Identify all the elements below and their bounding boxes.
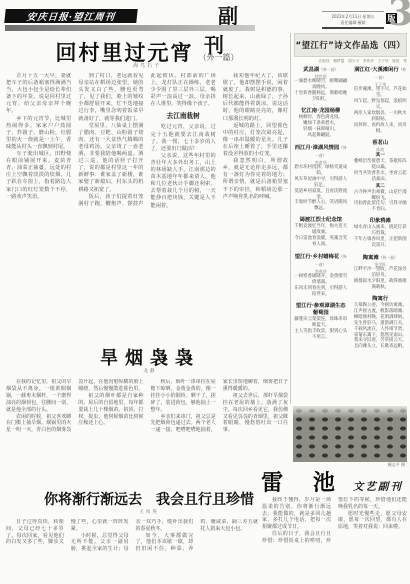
date-line: 2022年2月11日 星期五 — [322, 14, 384, 20]
body-paragraph: 父亲说，这些年村里的青壮年大多外出务工，山上的林场缺人手，江南那边的苗木基地年年… — [151, 153, 216, 210]
poem-line: 江畔平沙一望收，芦花深处泊轻舟。 — [354, 267, 408, 279]
poem-line: 鸥群掠水夕阳里，载得渔歌满载秋。 — [354, 279, 408, 291]
page-number: 3 — [388, 0, 410, 34]
poem-meta: （外一首） — [315, 254, 347, 267]
poem-line: 风乍起、野凫惊起，浪痕明灭。 — [354, 99, 408, 111]
body-paragraph: 在我的记忆里，祖父的旱烟袋从不离身。一根黄铜烟锅，一截枣木烟杆，一个磨得油亮的烟… — [6, 379, 71, 414]
poem-line: 莫道乡居寂寞，且看沃野流金。 — [294, 189, 348, 201]
body-paragraph: 我忽然明白，所谓故乡，就是无论你走多远，都有一盏灯为你亮着的地方；所谓亲情，就是… — [223, 158, 288, 201]
poem-meta: （外一首） — [375, 67, 407, 80]
body-paragraph: 到了村口，老远就看见母亲站在稻场边张望。她的头发又白了些，腰也更弯了，见了我们，… — [78, 73, 143, 123]
poem-title: 望江行·参观漳湖生态葡萄园 — [294, 303, 348, 317]
body-paragraph: 正月十五一大早，妻就把车子的后备箱塞得满满当当，大包小包全是给长辈们备下的年货，… — [6, 73, 71, 116]
body-paragraph: 祖父去世后，那杆旱烟袋挂在老屋的墙上，落满了灰尘。每次回乡看见它，我仿佛又看见袅… — [223, 393, 288, 434]
poem-block: 满江红·大溪滩闲行（外一首）王子华信步溪滩，望不尽、芦花如雪。风乍起、野凫惊起，… — [354, 66, 408, 135]
poem-block: 谒渡江烈士纪念馆千帆竞渡忆当年，炮火连天破敌顽。今日雷池春浪暖，英魂含笑看人间。 — [294, 217, 348, 248]
poem-line: 绿水青山入画来，挑花灯彩巧剪裁。 — [354, 225, 408, 237]
poem-line: 叠嶂层峦接碧天，茶歌阵阵绕山巅。 — [354, 159, 408, 171]
poem-line: 千帆竞渡忆当年，炮火连天破敌顽。 — [294, 224, 348, 236]
middle-article-author: 龙静 — [60, 368, 240, 374]
poem-line: 千载风流在，人怀靖节贤。 — [354, 327, 408, 333]
poem-block: 陶寓滩（外一首）金学旺江畔平沙一望收，芦花深处泊轻舟。鸥群掠水夕阳里，载得渔歌满… — [354, 254, 408, 291]
poetry-contributors: 汪艳枝 檀梦霞 胡少平 李育华 王子华 陈波 等 — [294, 59, 407, 64]
poem-block: 西江月·漳湖风情园（外一首）李育华碧水环村绕郭，绿杨夹道成荫。风车草屋画中寻，引… — [294, 144, 348, 213]
bottom-article-body-left: 日子过得真快，转眼间，父母已经七十多岁了。每次回家，看见他们的白发又多了些，脚步… — [6, 519, 258, 582]
middle-article-title: 旱烟袅袅 — [60, 344, 240, 370]
poem-line: 两岸人家炊烟袅，一川秋水斜阳贴。 — [354, 111, 408, 123]
main-article-body: 正月十五一大早，妻就把车子的后备箱塞得满满当当，大包小包全是给长辈们备下的年货，… — [6, 73, 288, 343]
poem-meta: （外一首） — [315, 145, 347, 158]
bottom-article-title: 你将渐行渐远去 我会且行且珍惜 — [24, 489, 274, 509]
poem-line: 风起舞翩跹。 — [294, 133, 348, 139]
poems-list: 武昌湖（外一首）徐世银一湖碧水映晴空，鸥鹭翩翩戏晚风。十里荷香随棹远，渔歌唱晚夕… — [294, 66, 407, 404]
poem-block: 武昌湖（外一首）徐世银一湖碧水映晴空，鸥鹭翩翩戏晚风。十里荷香随棹远，渔歌唱晚夕… — [294, 66, 348, 103]
poem-line: 碧水环村绕郭，绿杨夹道成荫。 — [294, 165, 348, 177]
poem-block: 望江行·参观漳湖生态葡萄园藤蔓牵云架架连，珍珠串串映蓝天。主人笑指丰收景，甜到心… — [294, 303, 348, 341]
masthead-text: 安庆日报·望江周刊 — [26, 9, 116, 23]
jar-field-photo — [293, 406, 407, 462]
poem-line: 江声摇古渡，帆影落晴滩。 — [354, 309, 408, 315]
poem-meta: （外一首） — [319, 67, 338, 72]
poem-block: 印象鸦滩绿水青山入画来，挑花灯彩巧剪裁。千年古镇春风里，正把新图次第开。 — [354, 218, 408, 249]
body-paragraph: 车子驶出城区，田野便在眼前铺展开来。麦苗青青，油菜正抽薹，远处的村庄上空飘着淡淡… — [6, 151, 71, 201]
sub-heading: 去江南栽树 — [151, 111, 216, 121]
body-paragraph: 愿时光慢些走，愿父母安康，愿每一次回望，都有人在原地，笑着对我说：回来啦。 — [338, 511, 407, 531]
poem-line: 古寺钟声出翠微，山花烂漫蝶纷飞。 — [354, 190, 408, 202]
poem-title: 香茗山 — [354, 140, 408, 147]
poem-line: 且向滩头立，长歌寄远帆。 — [354, 344, 408, 350]
leichi-masthead: 雷 池 文艺副刊 — [256, 466, 408, 497]
newspaper-masthead: 安庆日报·望江周刊 — [4, 9, 137, 23]
body-paragraph: 我终于懂得，岁月是一场温柔的告别。你将渐行渐远去，我能做的，就是多回几趟家，多打… — [262, 497, 331, 531]
main-title-suffix: （外一篇） — [199, 53, 239, 62]
poem-meta: （外一首） — [379, 255, 398, 260]
poem-line: 何当共饮香茗水，坐看云起话桑田。 — [354, 171, 408, 183]
editor-line: 责任编辑·檀斌 — [322, 20, 384, 26]
poem-line: 丰收时节醉人心，笑语随风飘远。 — [294, 200, 348, 212]
body-paragraph: 祖父的烟叶都是自家种的。屋后的自留地里，每年都要栽上几十棵烟苗。掐顶、打杈、捉虫… — [78, 393, 143, 428]
poem-line: 主人笑指丰收景，甜到心头不用言。 — [294, 329, 348, 341]
poem-title: 满江红·大溪滩闲行（外一首） — [354, 66, 408, 82]
poetry-panel: “望江行”诗文作品选（四） 汪艳枝 檀梦霞 胡少平 李育华 王子华 陈波 等 武… — [294, 33, 407, 404]
poem-line: 千年古镇春风里，正把新图次第开。 — [354, 237, 408, 249]
bottom-article-body-right: 我终于懂得，岁月是一场温柔的告别。你将渐行渐远去，我能做的，就是多回几趟家，多打… — [262, 497, 407, 582]
poem-block: 望江行·乡村蜡梅花（外一首）李春华一树寒香破晓开，金黄缀雪倚墙栽。东风未到春先到… — [294, 253, 348, 298]
poem-line: 一树寒香破晓开，金黄缀雪倚墙栽。 — [294, 274, 348, 286]
body-paragraph: 返城的路上，回望暮色中的村庄，灯笼次第亮起，像一串串温暖的星火。儿子在后座上睡着… — [223, 123, 288, 158]
body-paragraph: 我劝他年纪大了，该歇歇了。他却摆摆手说，闲着就废了。栽树是积德的事，树长起来，山… — [223, 73, 288, 123]
header-meta: 2022年2月11日 星期五 责任编辑·檀斌 — [322, 11, 384, 29]
poem-line: 风车草屋画中寻，引得游人驻足。 — [294, 177, 348, 189]
poem-line: 藤蔓牵云架架连，珍珠串串映蓝天。 — [294, 317, 348, 329]
poem-title: 忆江南·龙园杨柳 — [294, 108, 348, 115]
poem-line: 信步溪滩，望不尽、芦花如雪。 — [354, 87, 408, 99]
poem-line: 今日雷池春浪暖，英魂含笑看人间。 — [294, 236, 348, 248]
poem-line: 杨柳岸，春色满龙园。 — [294, 115, 348, 121]
poem-block: 忆江南·龙园杨柳杨柳岸，春色满龙园。嫩绿千条垂碧水，轻烟一抹锁晴川。风起舞翩跹。 — [294, 108, 348, 139]
body-paragraph: 堂屋里，八仙桌上摆满了腊肉、豆粑、山粉圆子烧肉，还有一大盆热气腾腾的老母鸡汤。父… — [78, 123, 143, 194]
body-paragraph: 乡下的元宵节，比城里热闹得多。家家户户蒸圆子、炸圆子、磨山粉，灶膛里的火一烧就是… — [6, 116, 71, 151]
poetry-panel-title: “望江行”诗文作品选（四） — [294, 33, 407, 57]
middle-article-body: 在我的记忆里，祖父的旱烟袋从不离身。一根黄铜烟锅，一截枣木烟杆，一个磨得油亮的烟… — [6, 379, 288, 485]
poem-title: 西江月·漳湖风情园（外一首） — [294, 144, 348, 160]
poem-block: 香茗山陈波其一叠嶂层峦接碧天，茶歌阵阵绕山巅。何当共饮香茗水，坐看云起话桑田。其… — [354, 140, 408, 214]
poem-line: 柳暗渔村晚，花明酒肆闲。 — [354, 315, 408, 321]
vertical-divider — [290, 33, 291, 404]
poem-line: 东风未到春先到，引得游人结伴来。 — [294, 286, 348, 298]
newspaper-page: 安庆日报·望江周刊 副 刊 2022年2月11日 星期五 责任编辑·檀斌 版 3… — [0, 0, 410, 584]
poem-title: 武昌湖（外一首） — [294, 66, 348, 74]
stanza-label: 其一 — [354, 152, 408, 159]
poem-line: 问何时、再约故人来，同舟楫。 — [354, 123, 408, 135]
leichi-subtitle: 文艺副刊 — [353, 479, 403, 494]
poem-title: 陶寓滩（外一首） — [354, 254, 408, 262]
poem-block: 陶寓行久慕陶公迹，今朝访寓滩。江声摇古渡，帆影落晴滩。柳暗渔村晚，花明酒肆闲。先… — [354, 296, 408, 350]
poem-title: 陶寓行 — [354, 296, 408, 303]
stanza-label: 其二 — [354, 183, 408, 190]
poem-line: 一湖碧水映晴空，鸥鹭翩翩戏晚风。 — [294, 79, 348, 91]
bottom-article-author: 王凤英 — [24, 509, 274, 515]
body-paragraph: 秋后，烟叶一串串挂在屋檐下晾晒，金黄金黄的，像一挂挂小小的铜铃。晒干了，搓碎了，… — [151, 379, 216, 414]
poem-line: 十里荷香随棹远，渔歌唱晚夕阳红。 — [294, 91, 348, 103]
poem-line: 诗仙曾此留佳句，引我寻幽不肯归。 — [354, 201, 408, 213]
header-divider-bar — [5, 25, 255, 31]
poem-line: 先生曾驻马，遗韵满江关。 — [354, 321, 408, 327]
poem-title: 望江行·乡村蜡梅花（外一首） — [294, 253, 348, 269]
main-article-author: 海鸟石子 — [8, 62, 286, 69]
body-paragraph: 吃过元宵，父亲说，过完十五他就要去江南栽树了。我一愣，七十多岁的人了，还要出门做… — [151, 124, 216, 152]
